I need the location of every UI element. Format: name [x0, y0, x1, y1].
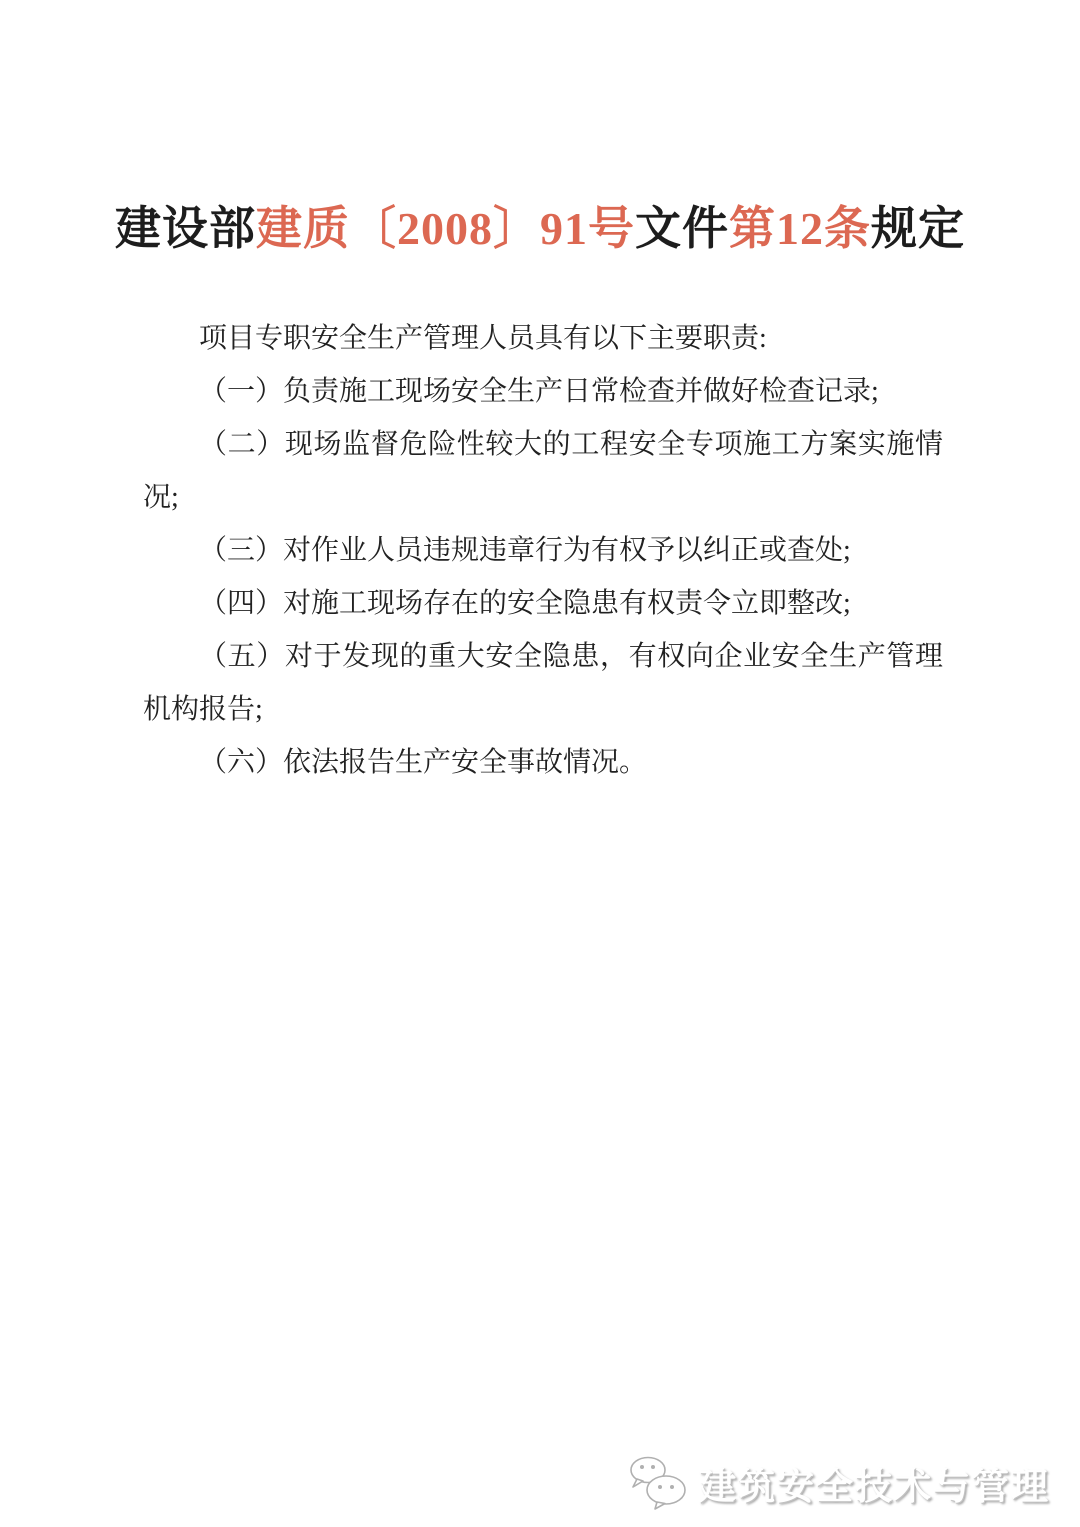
clause-item-4: （四）对施工现场存在的安全隐患有权责令立即整改; — [143, 577, 943, 630]
title-segment-highlight: 建质〔2008〕91号 — [256, 203, 635, 254]
watermark-label: 建筑安全技术与管理 — [699, 1456, 1050, 1510]
title-segment: 规定 — [871, 203, 965, 254]
title-segment: 文件 — [635, 203, 729, 254]
paragraph-intro: 项目专职安全生产管理人员具有以下主要职责: — [143, 312, 943, 365]
title-segment-highlight: 第12条 — [729, 203, 871, 254]
watermark: 建筑安全技术与管理 — [627, 1455, 1050, 1511]
clause-item-1: （一）负责施工现场安全生产日常检查并做好检查记录; — [143, 365, 943, 418]
wechat-icon — [627, 1455, 689, 1511]
clause-item-2: （二）现场监督危险性较大的工程安全专项施工方案实施情况; — [143, 418, 943, 524]
clause-item-6: （六）依法报告生产安全事故情况。 — [143, 736, 943, 789]
clause-item-5: （五）对于发现的重大安全隐患，有权向企业安全生产管理机构报告; — [143, 630, 943, 736]
title-segment: 建设部 — [115, 203, 256, 254]
page-title: 建设部建质〔2008〕91号文件第12条规定 — [0, 192, 1080, 258]
clause-item-3: （三）对作业人员违规违章行为有权予以纠正或查处; — [143, 524, 943, 577]
document-page: 建设部建质〔2008〕91号文件第12条规定 项目专职安全生产管理人员具有以下主… — [0, 0, 1080, 1527]
document-body: 项目专职安全生产管理人员具有以下主要职责: （一）负责施工现场安全生产日常检查并… — [143, 312, 943, 789]
